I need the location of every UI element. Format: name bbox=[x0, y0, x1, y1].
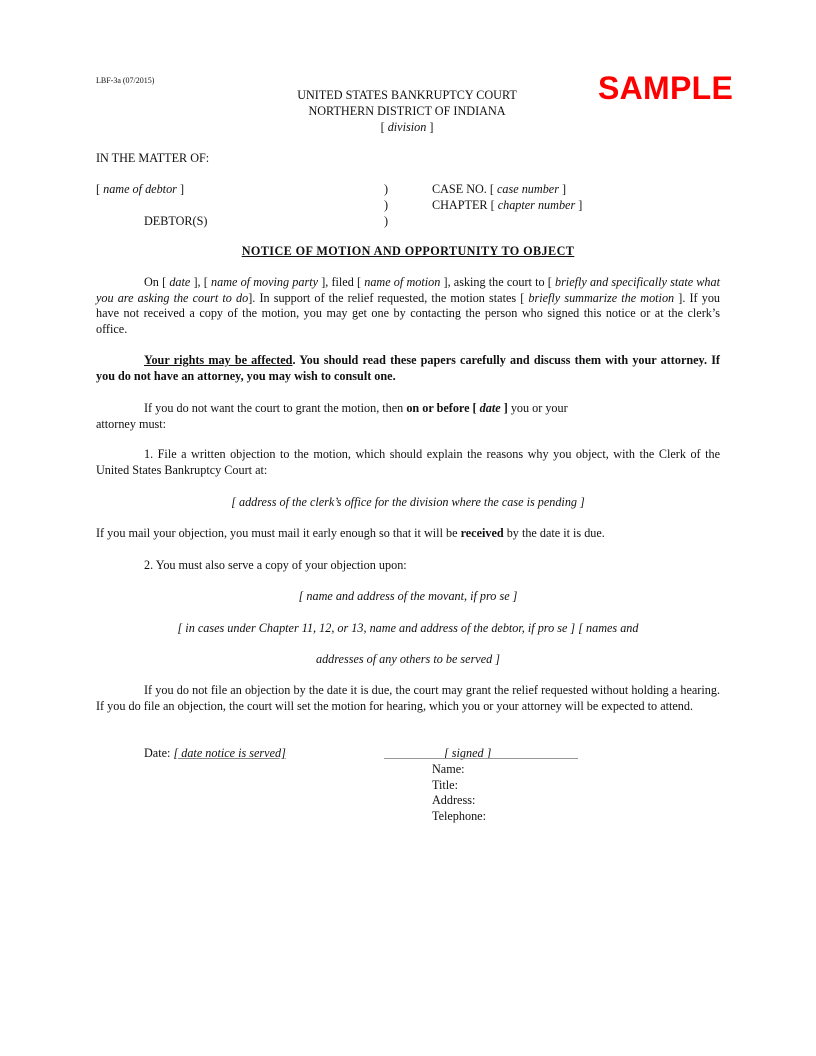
division-field: division bbox=[388, 120, 427, 134]
bracket-open: [ bbox=[381, 120, 388, 134]
court-name: UNITED STATES BANKRUPTCY COURT bbox=[240, 87, 574, 103]
paragraph-no-objection: If you do not file an objection by the d… bbox=[96, 683, 720, 714]
clerk-address-placeholder: [ address of the clerk’s office for the … bbox=[96, 494, 720, 510]
moving-party-field: name of moving party bbox=[211, 275, 318, 289]
signer-telephone-label: Telephone: bbox=[432, 808, 486, 824]
case-number: CASE NO. [ case number ] bbox=[432, 181, 566, 197]
document-title: NOTICE OF MOTION AND OPPORTUNITY TO OBJE… bbox=[96, 244, 720, 259]
date-field: date bbox=[169, 275, 190, 289]
bracket-close: ] bbox=[575, 198, 582, 212]
signature-line bbox=[384, 758, 578, 759]
paragraph-deadline: If you do not want the court to grant th… bbox=[144, 400, 568, 416]
court-header: UNITED STATES BANKRUPTCY COURT NORTHERN … bbox=[240, 87, 574, 135]
division-placeholder: [ division ] bbox=[240, 119, 574, 135]
serve-movant-placeholder: [ name and address of the movant, if pro… bbox=[96, 588, 720, 604]
received-bold: received bbox=[461, 526, 504, 540]
text: ], filed [ bbox=[318, 275, 364, 289]
caption-paren: ) bbox=[384, 213, 388, 229]
date-served: Date: [ date notice is served] bbox=[144, 745, 286, 761]
serve-others-placeholder: addresses of any others to be served ] bbox=[96, 651, 720, 667]
signer-title-label: Title: bbox=[432, 777, 458, 793]
date-label: Date: bbox=[144, 746, 173, 760]
deadline-bold: on or before [ bbox=[406, 401, 479, 415]
bracket-close: ] bbox=[177, 182, 184, 196]
debtor-label: DEBTOR(S) bbox=[144, 213, 207, 229]
caption-paren: ) bbox=[384, 197, 388, 213]
motion-name-field: name of motion bbox=[364, 275, 440, 289]
paragraph-serve-copy: 2. You must also serve a copy of your ob… bbox=[144, 557, 407, 573]
text: ], [ bbox=[190, 275, 211, 289]
chapter-number: CHAPTER [ chapter number ] bbox=[432, 197, 582, 213]
chapter-field: chapter number bbox=[498, 198, 576, 212]
paragraph-file-objection: 1. File a written objection to the motio… bbox=[96, 447, 720, 478]
bracket-close: ] bbox=[426, 120, 433, 134]
signer-name-label: Name: bbox=[432, 761, 465, 777]
paragraph-mail-objection: If you mail your objection, you must mai… bbox=[96, 525, 605, 541]
deadline-date-field: date bbox=[480, 401, 501, 415]
summary-field: briefly summarize the motion bbox=[528, 291, 674, 305]
chapter-label: CHAPTER [ bbox=[432, 198, 498, 212]
form-identifier: LBF-3a (07/2015) bbox=[96, 76, 154, 85]
debtor-name-placeholder: [ name of debtor ] bbox=[96, 181, 184, 197]
bracket-close: ] bbox=[501, 401, 508, 415]
caption-paren: ) bbox=[384, 181, 388, 197]
signer-address-label: Address: bbox=[432, 792, 475, 808]
rights-affected-text: Your rights may be affected bbox=[144, 353, 292, 367]
sample-watermark: SAMPLE bbox=[598, 72, 733, 104]
text: ]. In support of the relief requested, t… bbox=[248, 291, 528, 305]
text: ], asking the court to [ bbox=[440, 275, 555, 289]
text: If you do not want the court to grant th… bbox=[144, 401, 406, 415]
text: On [ bbox=[144, 275, 169, 289]
text: you or your bbox=[508, 401, 568, 415]
date-served-field: [ date notice is served] bbox=[173, 746, 285, 760]
paragraph-deadline-cont: attorney must: bbox=[96, 416, 166, 432]
in-the-matter-of: IN THE MATTER OF: bbox=[96, 150, 209, 166]
case-number-field: case number bbox=[497, 182, 559, 196]
paragraph-motion-details: On [ date ], [ name of moving party ], f… bbox=[96, 275, 720, 337]
text: by the date it is due. bbox=[504, 526, 605, 540]
serve-debtor-placeholder: [ in cases under Chapter 11, 12, or 13, … bbox=[96, 620, 720, 636]
debtor-name-field: name of debtor bbox=[103, 182, 177, 196]
case-no-label: CASE NO. [ bbox=[432, 182, 497, 196]
paragraph-rights-warning: Your rights may be affected. You should … bbox=[96, 353, 720, 384]
district-name: NORTHERN DISTRICT OF INDIANA bbox=[240, 103, 574, 119]
bracket-close: ] bbox=[559, 182, 566, 196]
text: If you mail your objection, you must mai… bbox=[96, 526, 461, 540]
